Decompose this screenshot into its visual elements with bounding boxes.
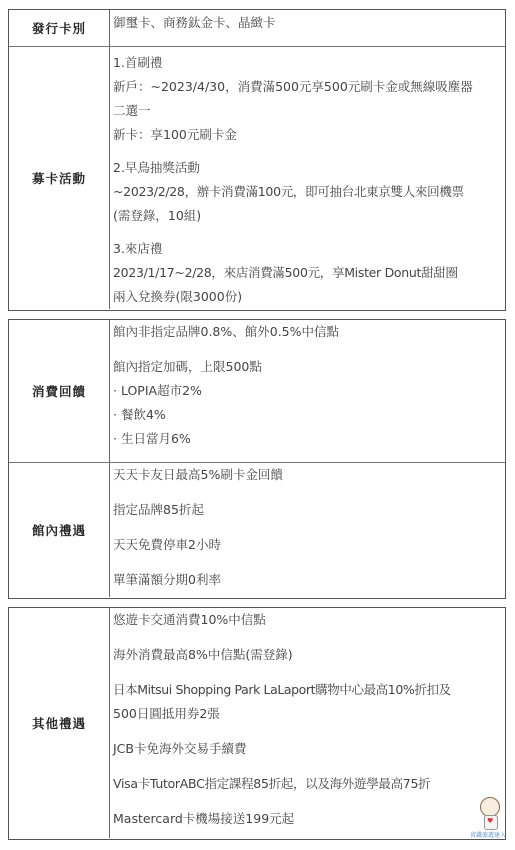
- promo-title: 1.首刷禮: [113, 51, 501, 75]
- privilege-item: 天天卡友日最高5%刷卡金回饋: [113, 463, 501, 487]
- promo-line: 新戶：~2023/4/30，消費滿500元享500元刷卡金或無線吸塵器: [113, 75, 501, 99]
- label-card-types: 發行卡別: [9, 10, 110, 46]
- promo-title: 2.早鳥抽獎活動: [113, 156, 501, 180]
- privilege-item: 指定品牌85折起: [113, 498, 501, 522]
- content-mall-privileges: 天天卡友日最高5%刷卡金回饋 指定品牌85折起 天天免費停車2小時 單筆滿額分期…: [110, 463, 505, 597]
- heart-icon: ♥: [487, 818, 493, 825]
- content-spending-rewards: 館內非指定品牌0.8%、館外0.5%中信點 館內指定加碼，上限500點 · LO…: [110, 320, 505, 462]
- content-signup-promotions: 1.首刷禮 新戶：~2023/4/30，消費滿500元享500元刷卡金或無線吸塵…: [110, 47, 505, 309]
- row-spending-rewards: 消費回饋 館內非指定品牌0.8%、館外0.5%中信點 館內指定加碼，上限500點…: [9, 320, 505, 462]
- promo-section-store-visit: 3.來店禮 2023/1/17~2/28，來店消費滿500元，享Mister D…: [113, 237, 501, 309]
- content-other-privileges: 悠遊卡交通消費10%中信點 海外消費最高8%中信點(需登錄) 日本Mitsui …: [110, 608, 505, 838]
- card-info-table-3: 其他禮遇 悠遊卡交通消費10%中信點 海外消費最高8%中信點(需登錄) 日本Mi…: [8, 607, 506, 840]
- card-types-text: 御璽卡、商務鈦金卡、晶緻卡: [113, 11, 501, 35]
- promo-line: 新卡：享100元刷卡金: [113, 123, 501, 147]
- rewards-subtitle: 館內指定加碼，上限500點: [113, 355, 501, 379]
- other-item-line: 日本Mitsui Shopping Park LaLaport購物中心最高10%…: [113, 678, 501, 702]
- rewards-bullet: · LOPIA超市2%: [113, 379, 501, 403]
- row-mall-privileges: 館內禮遇 天天卡友日最高5%刷卡金回饋 指定品牌85折起 天天免費停車2小時 單…: [9, 462, 505, 597]
- label-mall-privileges: 館內禮遇: [9, 463, 110, 597]
- card-info-table-2: 消費回饋 館內非指定品牌0.8%、館外0.5%中信點 館內指定加碼，上限500點…: [8, 319, 506, 599]
- row-other-privileges: 其他禮遇 悠遊卡交通消費10%中信點 海外消費最高8%中信點(需登錄) 日本Mi…: [9, 608, 505, 838]
- watermark-text: 省錢旅遊達人: [470, 830, 506, 839]
- other-item-line: 500日圓抵用券2張: [113, 702, 501, 726]
- promo-line: 兩入兌換券(限3000份): [113, 285, 501, 309]
- mascot-face-icon: [480, 797, 500, 817]
- promo-line: 2023/1/17~2/28，來店消費滿500元，享Mister Donut甜甜…: [113, 261, 501, 285]
- label-signup-promotions: 募卡活動: [9, 47, 110, 309]
- label-other-privileges: 其他禮遇: [9, 608, 110, 838]
- other-item: 悠遊卡交通消費10%中信點: [113, 608, 501, 632]
- rewards-bullet: · 生日當月6%: [113, 427, 501, 451]
- promo-line: (需登錄，10組): [113, 204, 501, 228]
- other-item-multiline: 日本Mitsui Shopping Park LaLaport購物中心最高10%…: [113, 678, 501, 726]
- row-signup-promotions: 募卡活動 1.首刷禮 新戶：~2023/4/30，消費滿500元享500元刷卡金…: [9, 46, 505, 309]
- watermark-logo: ♥ 省錢旅遊達人: [470, 795, 514, 843]
- content-card-types: 御璽卡、商務鈦金卡、晶緻卡: [110, 10, 505, 46]
- other-item: Mastercard卡機場接送199元起: [113, 807, 501, 831]
- promo-section-early-bird: 2.早鳥抽獎活動 ~2023/2/28，辦卡消費滿100元，即可抽台北東京雙人來…: [113, 156, 501, 228]
- promo-section-first-swipe: 1.首刷禮 新戶：~2023/4/30，消費滿500元享500元刷卡金或無線吸塵…: [113, 51, 501, 147]
- promo-line: ~2023/2/28，辦卡消費滿100元，即可抽台北東京雙人來回機票: [113, 180, 501, 204]
- other-item: 海外消費最高8%中信點(需登錄): [113, 643, 501, 667]
- promo-title: 3.來店禮: [113, 237, 501, 261]
- row-card-types: 發行卡別 御璽卡、商務鈦金卡、晶緻卡: [9, 10, 505, 46]
- label-spending-rewards: 消費回饋: [9, 320, 110, 462]
- card-info-table-1: 發行卡別 御璽卡、商務鈦金卡、晶緻卡 募卡活動 1.首刷禮 新戶：~2023/4…: [8, 9, 506, 311]
- rewards-intro: 館內非指定品牌0.8%、館外0.5%中信點: [113, 320, 501, 344]
- other-item: Visa卡TutorABC指定課程85折起，以及海外遊學最高75折: [113, 772, 501, 796]
- rewards-bullet: · 餐飲4%: [113, 403, 501, 427]
- privilege-item: 天天免費停車2小時: [113, 533, 501, 557]
- other-item: JCB卡免海外交易手續費: [113, 737, 501, 761]
- promo-line: 二選一: [113, 99, 501, 123]
- privilege-item: 單筆滿額分期0利率: [113, 568, 501, 592]
